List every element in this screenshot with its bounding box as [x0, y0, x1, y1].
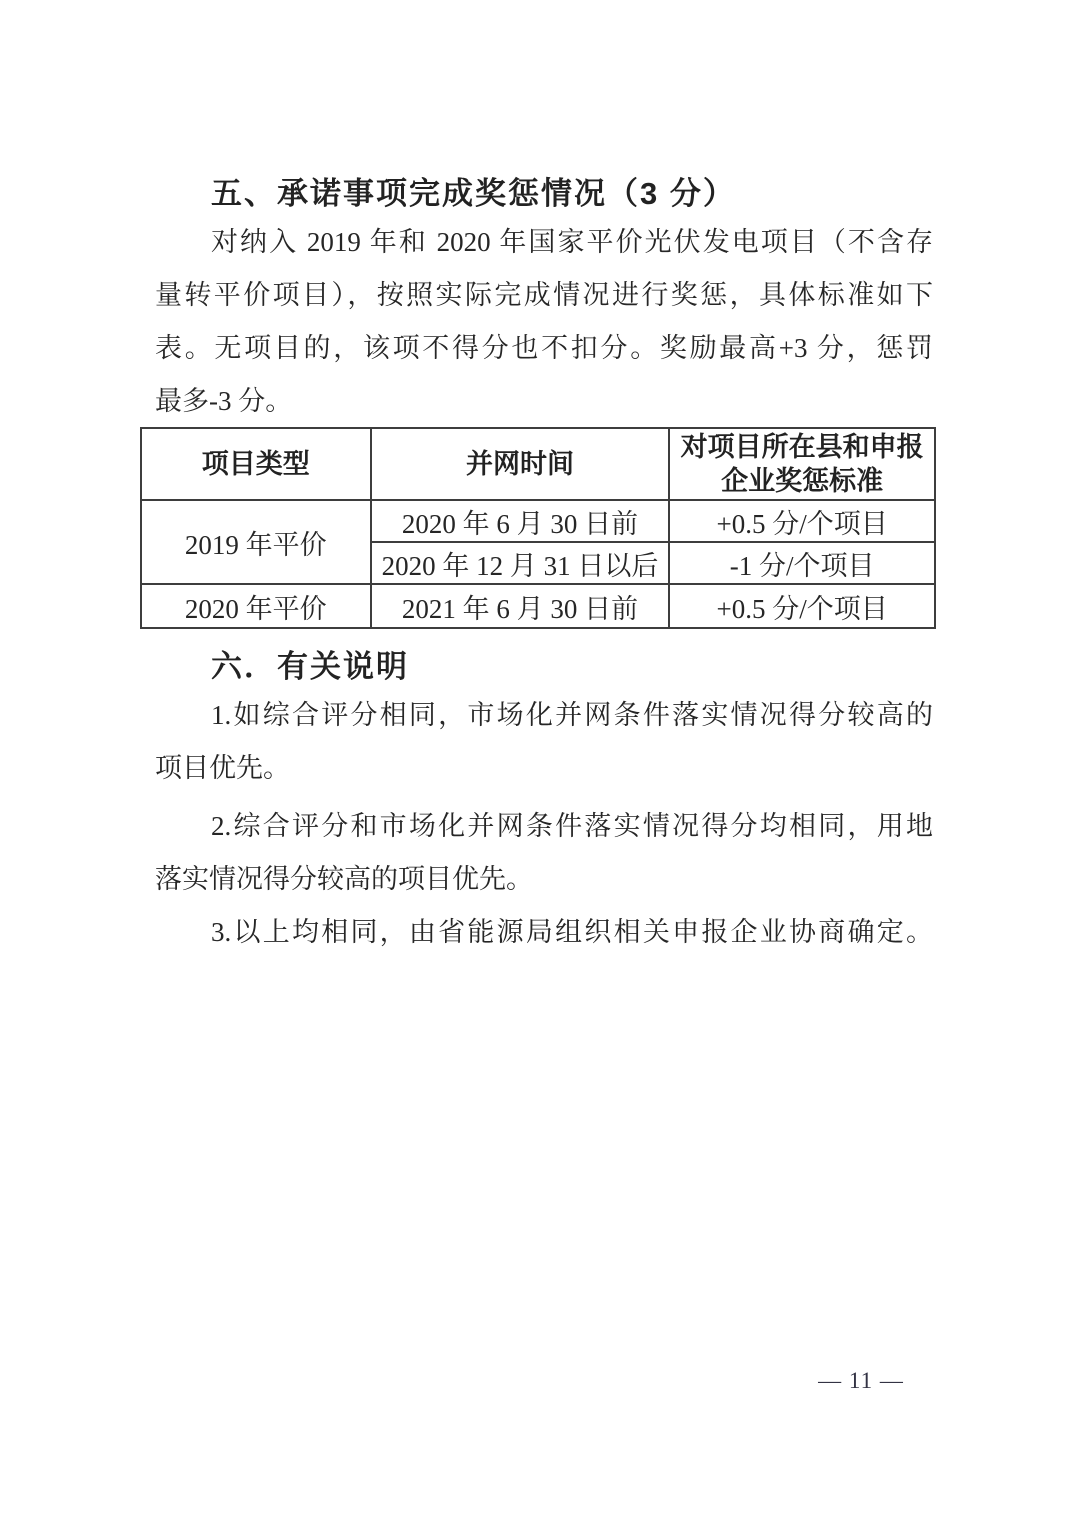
section-5-heading: 五、承诺事项完成奖惩情况（3 分）	[155, 168, 935, 213]
paragraph-line: 落实情况得分较高的项目优先。	[155, 853, 933, 906]
section-6-heading: 六．有关说明	[155, 641, 935, 686]
table-row: 2019 年平价 2020 年 6 月 30 日前 +0.5 分/个项目	[141, 500, 935, 542]
paragraph-line: 项目优先。	[155, 742, 933, 795]
header-standard-line-1: 对项目所在县和申报	[674, 430, 930, 464]
paragraph-line: 量转平价项目），按照实际完成情况进行奖惩，具体标准如下	[155, 269, 933, 322]
paragraph-line: 表。无项目的，该项不得分也不扣分。奖励最高+3 分，惩罚	[155, 322, 933, 375]
header-project-type: 项目类型	[141, 428, 371, 500]
section-6-item-1: 1.如综合评分相同，市场化并网条件落实情况得分较高的 项目优先。	[155, 689, 933, 795]
cell-standard: +0.5 分/个项目	[669, 500, 935, 542]
paragraph-line: 1.如综合评分相同，市场化并网条件落实情况得分较高的	[155, 689, 933, 742]
cell-grid-time: 2020 年 6 月 30 日前	[371, 500, 670, 542]
paragraph-line: 3.以上均相同，由省能源局组织相关申报企业协商确定。	[155, 906, 933, 959]
document-page: 五、承诺事项完成奖惩情况（3 分） 对纳入 2019 年和 2020 年国家平价…	[0, 0, 1080, 1527]
paragraph-line: 2.综合评分和市场化并网条件落实情况得分均相同，用地	[155, 800, 933, 853]
paragraph-line: 对纳入 2019 年和 2020 年国家平价光伏发电项目（不含存	[155, 216, 933, 269]
rewards-penalties-table: 项目类型 并网时间 对项目所在县和申报 企业奖惩标准 2019 年平价 2020…	[140, 427, 936, 629]
table-header-row: 项目类型 并网时间 对项目所在县和申报 企业奖惩标准	[141, 428, 935, 500]
cell-standard: +0.5 分/个项目	[669, 584, 935, 628]
section-6-item-2: 2.综合评分和市场化并网条件落实情况得分均相同，用地 落实情况得分较高的项目优先…	[155, 800, 933, 906]
header-standard: 对项目所在县和申报 企业奖惩标准	[669, 428, 935, 500]
paragraph-line: 最多-3 分。	[155, 375, 933, 428]
header-standard-line-2: 企业奖惩标准	[674, 464, 930, 498]
cell-project-type: 2020 年平价	[141, 584, 371, 628]
cell-project-type: 2019 年平价	[141, 500, 371, 584]
cell-grid-time: 2020 年 12 月 31 日以后	[371, 542, 670, 584]
page-number: — 11 —	[761, 1368, 961, 1394]
section-5-paragraph: 对纳入 2019 年和 2020 年国家平价光伏发电项目（不含存 量转平价项目）…	[155, 216, 933, 428]
cell-standard: -1 分/个项目	[669, 542, 935, 584]
table-row: 2020 年平价 2021 年 6 月 30 日前 +0.5 分/个项目	[141, 584, 935, 628]
section-6-item-3: 3.以上均相同，由省能源局组织相关申报企业协商确定。	[155, 906, 933, 959]
cell-grid-time: 2021 年 6 月 30 日前	[371, 584, 670, 628]
header-grid-time: 并网时间	[371, 428, 670, 500]
